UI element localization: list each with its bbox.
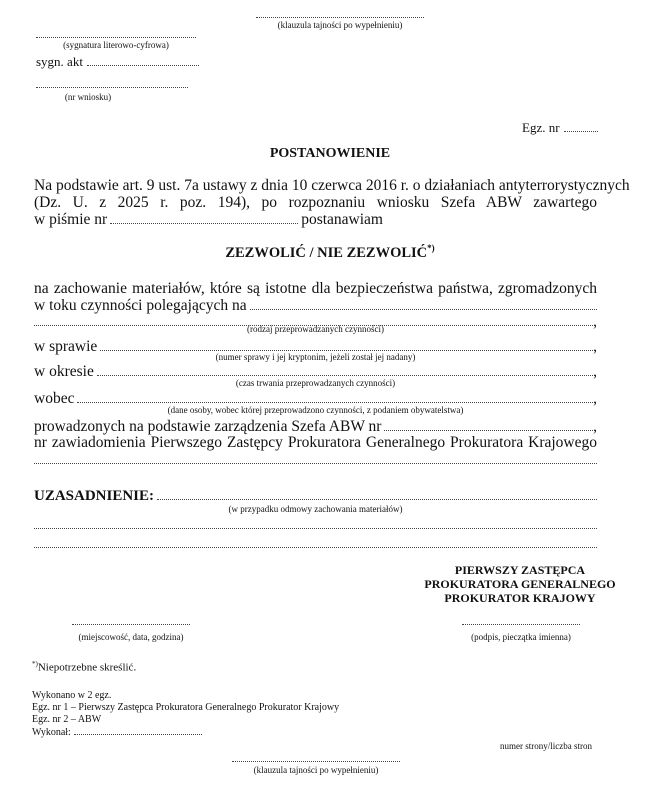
executed-by-label: Wykonał: xyxy=(32,727,71,738)
case-ref-field[interactable] xyxy=(87,55,199,66)
copy-number-field[interactable] xyxy=(564,122,598,132)
application-number-field[interactable] xyxy=(36,87,188,88)
signatory-title-2: PROKURATORA GENERALNEGO xyxy=(400,577,640,592)
justification-label: UZASADNIENIE: xyxy=(34,488,157,505)
case-ref-label: sygn. akt xyxy=(36,53,83,70)
signature-field[interactable] xyxy=(36,37,196,38)
application-caption: (nr wniosku) xyxy=(36,92,140,102)
decision-label: ZEZWOLIĆ / NIE ZEZWOLIĆ xyxy=(225,245,427,261)
intro-letter-label: w piśmie nr xyxy=(34,211,110,229)
order-number-field[interactable] xyxy=(384,418,593,431)
classification-top-field[interactable] xyxy=(256,17,424,18)
signatory-title-1: PIERWSZY ZASTĘPCA xyxy=(400,563,640,578)
classification-top-caption: (klauzula tajności po wypełnieniu) xyxy=(256,20,424,30)
period-caption: (czas trwania przeprowadzanych czynności… xyxy=(34,378,597,388)
footnote-text: Niepotrzebne skreślić. xyxy=(38,662,136,674)
body-line-1: na zachowanie materiałów, które są istot… xyxy=(34,280,597,298)
notification-number-field[interactable] xyxy=(34,451,597,464)
intro-decide-text: postanawiam xyxy=(298,211,383,229)
activity-field-1[interactable] xyxy=(250,297,597,310)
signature-stamp-field[interactable] xyxy=(462,624,580,625)
signature-caption: (sygnatura literowo-cyfrowa) xyxy=(36,40,196,50)
case-caption: (numer sprawy i jej kryptonim, jeżeli zo… xyxy=(34,352,597,362)
copy-number-label: Egz. nr xyxy=(522,120,560,136)
person-field[interactable] xyxy=(77,390,593,403)
distribution-line-1: Wykonano w 2 egz. xyxy=(32,690,111,701)
page-title: POSTANOWIENIE xyxy=(0,146,660,162)
justification-caption: (w przypadku odmowy zachowania materiałó… xyxy=(34,504,597,514)
executed-by-field[interactable] xyxy=(74,726,202,735)
signatory-title-3: PROKURATOR KRAJOWY xyxy=(400,591,640,606)
place-date-caption: (miejscowość, data, godzina) xyxy=(62,632,200,642)
case-field[interactable] xyxy=(100,338,593,351)
distribution-line-2: Egz. nr 1 – Pierwszy Zastępca Prokurator… xyxy=(32,702,339,713)
decision-footnote-mark: *) xyxy=(427,243,435,253)
activity-caption: (rodzaj przeprowadzanych czynności) xyxy=(34,324,597,334)
intro-line-2: (Dz. U. z 2025 r. poz. 194), po rozpozna… xyxy=(34,194,597,212)
justification-field-3[interactable] xyxy=(34,535,597,548)
justification-field-2[interactable] xyxy=(34,516,597,529)
person-caption: (dane osoby, wobec której przeprowadzono… xyxy=(34,405,597,415)
classification-bottom-field[interactable] xyxy=(232,761,400,762)
signature-stamp-caption: (podpis, pieczątka imienna) xyxy=(452,632,590,642)
period-field[interactable] xyxy=(97,363,593,376)
page-number-caption: numer strony/liczba stron xyxy=(500,741,592,751)
distribution-line-3: Egz. nr 2 – ABW xyxy=(32,714,101,725)
notification-line: nr zawiadomienia Pierwszego Zastępcy Pro… xyxy=(34,434,597,452)
intro-line-1: Na podstawie art. 9 ust. 7a ustawy z dni… xyxy=(34,177,597,195)
justification-field-1[interactable] xyxy=(157,487,597,500)
letter-number-field[interactable] xyxy=(110,211,298,224)
place-date-field[interactable] xyxy=(72,624,190,625)
classification-bottom-caption: (klauzula tajności po wypełnieniu) xyxy=(232,765,400,775)
